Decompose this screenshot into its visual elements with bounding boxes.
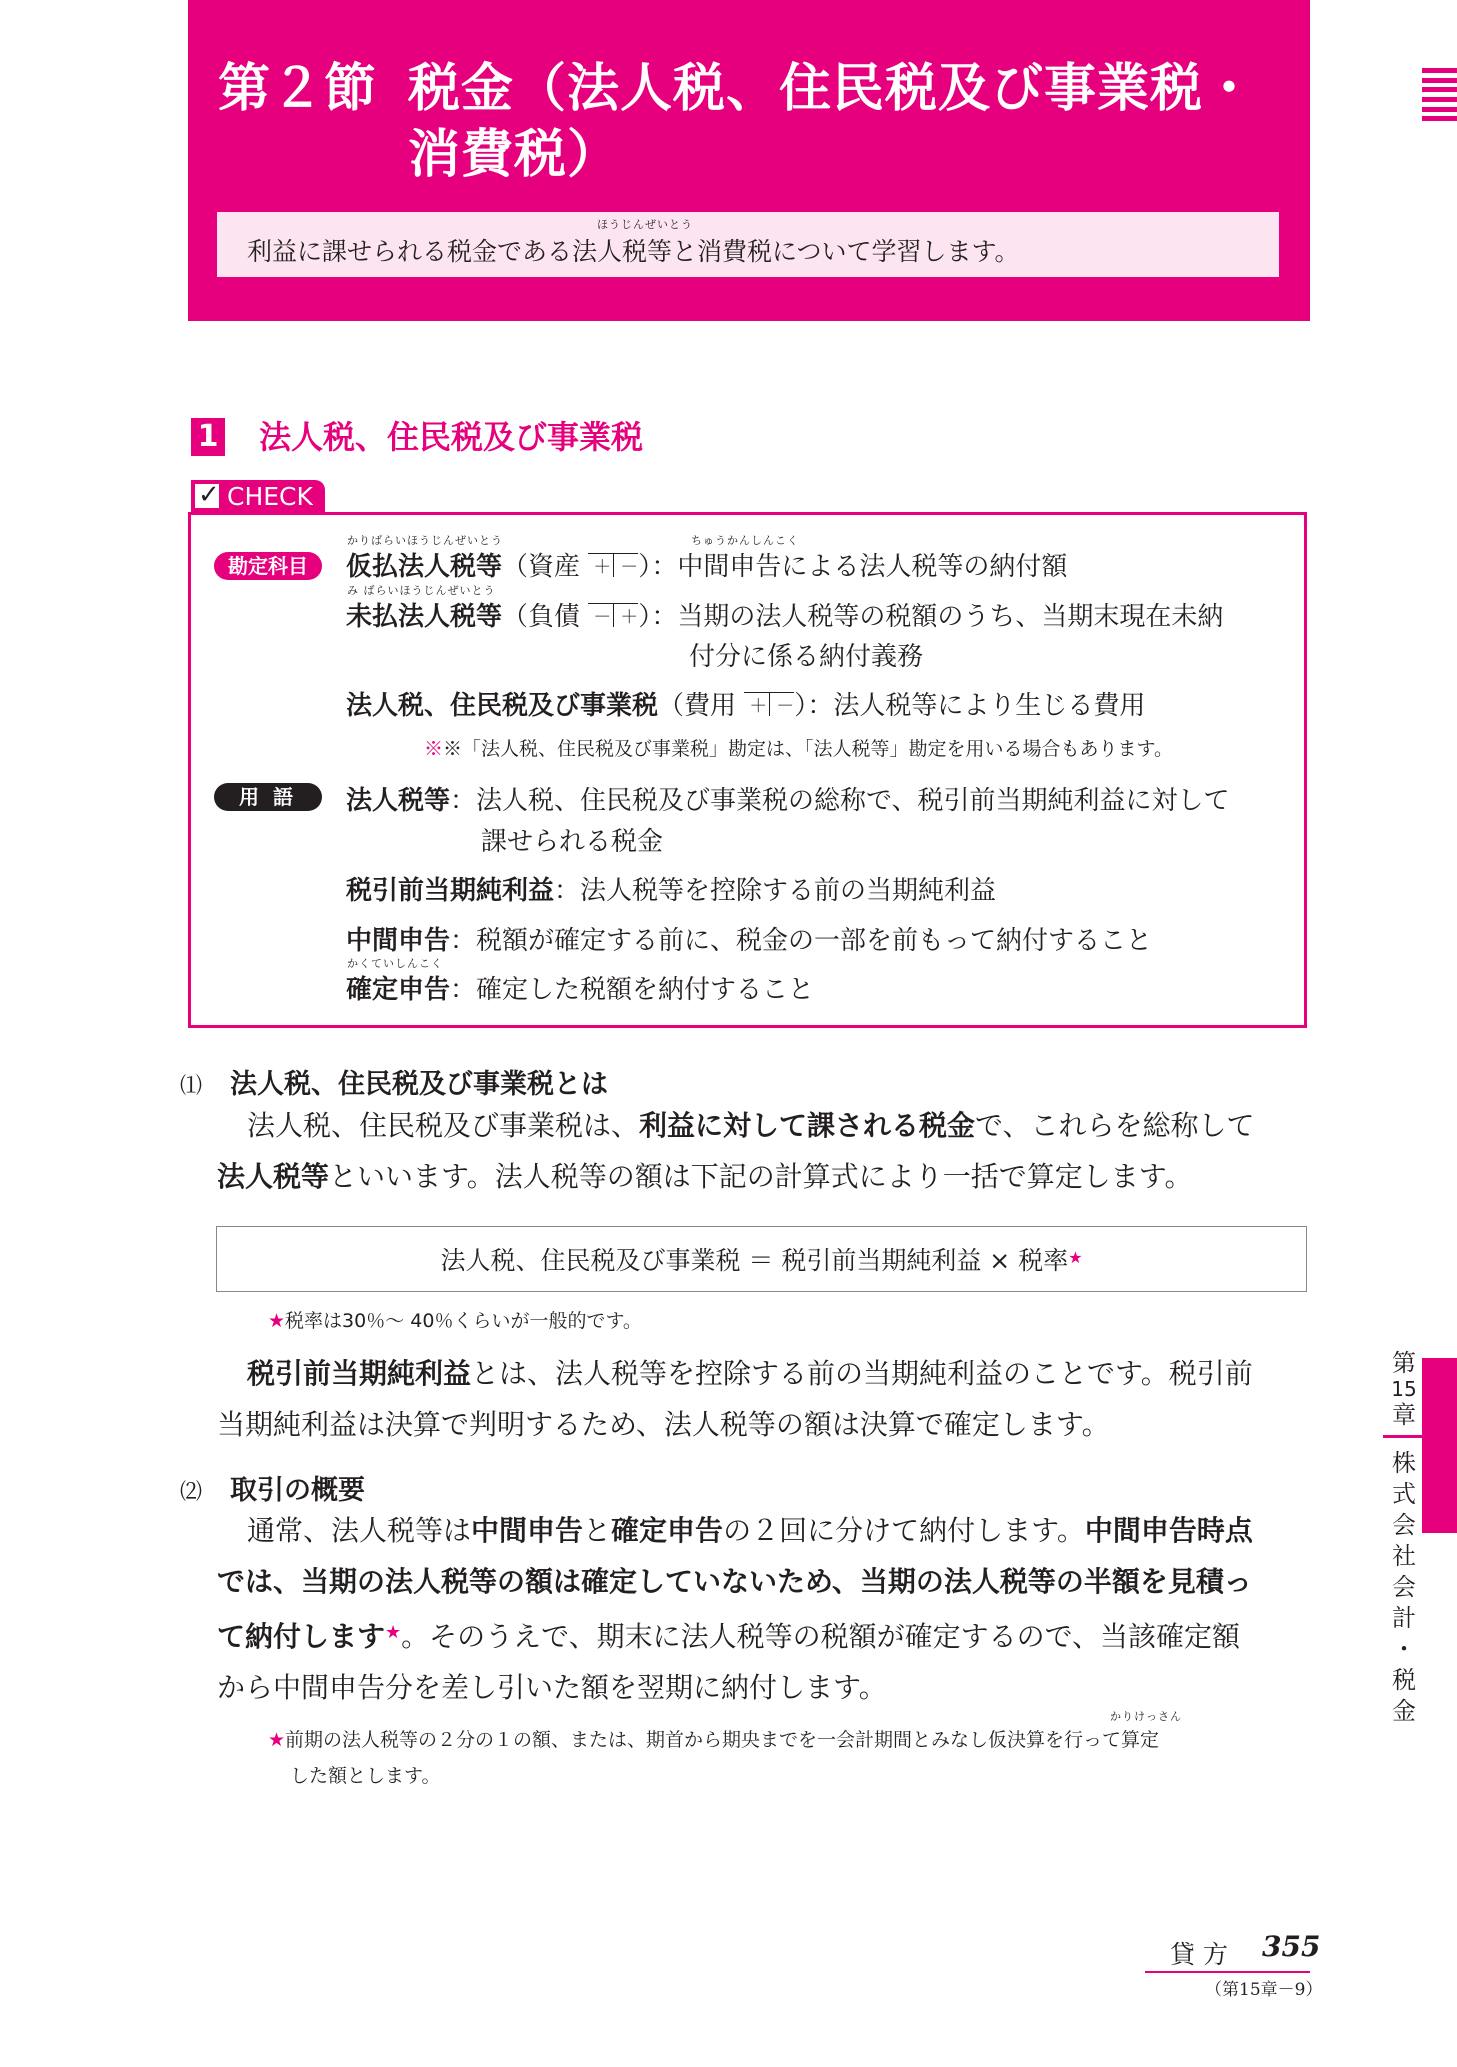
subsection-number: 1 [191, 418, 225, 456]
account-desc-cont: 付分に係る納付義務 [689, 636, 923, 673]
part2-heading: ⑵取引の概要 [180, 1468, 365, 1507]
part2-paragraph: 通常、法人税等は中間申告と確定申告の２回に分けて納付します。中間申告時点では、当… [217, 1505, 1307, 1713]
account-desc: ：中間申告による法人税等の納付額 [651, 552, 1067, 582]
account-row: 未払法人税等（負債 －＋）：当期の法人税等の税額のうち、当期末現在未納 [346, 596, 1223, 633]
term-row: 中間申告：税額が確定する前に、税金の一部を前もって納付すること [346, 920, 1152, 957]
account-term: 法人税、住民税及び事業税 [346, 691, 658, 721]
accounts-badge: 勘定科目 [214, 552, 322, 580]
section-number: 第２節 [218, 56, 408, 122]
part2-footnote: ★前期の法人税等の２分の１の額、または、期首から期央までを一会計期間とみなし仮決… [268, 1722, 1318, 1794]
account-row: 法人税、住民税及び事業税（費用 ＋－）：法人税等により生じる費用 [346, 685, 1145, 722]
t-account-icon: ＋－ [744, 692, 794, 716]
section-title-line1: 税金（法人税、住民税及び事業税・ [408, 59, 1256, 119]
account-row: 仮払法人税等（資産 ＋－）：中間申告による法人税等の納付額 [346, 546, 1067, 583]
chapter-label: 第15章 [1390, 1350, 1418, 1428]
term-row: 税引前当期純利益：法人税等を控除する前の当期純利益 [346, 870, 996, 907]
t-account-icon: ＋－ [588, 553, 638, 577]
subsection-title: 法人税、住民税及び事業税 [259, 412, 643, 458]
account-term: 仮払法人税等 [346, 552, 502, 582]
section-summary-box: ほうじんぜいとう 利益に課せられる税金である法人税等と消費税について学習します。 [217, 212, 1279, 277]
section-header-band: 第２節税金（法人税、住民税及び事業税・消費税） ほうじんぜいとう 利益に課せられ… [188, 0, 1310, 321]
ruby-houjinzeitou: ほうじんぜいとう [597, 216, 693, 232]
account-desc: ：法人税等により生じる費用 [807, 691, 1145, 721]
part1-paragraph2: 税引前当期純利益とは、法人税等を控除する前の当期純利益のことです。税引前当期純利… [217, 1348, 1307, 1450]
t-account-icon: －＋ [588, 603, 638, 627]
page-number: 355 [1262, 1930, 1320, 1963]
term-desc-cont: 課せられる税金 [481, 821, 663, 858]
side-divider [1383, 1435, 1423, 1438]
formula-footnote: ★税率は30％～ 40％くらいが一般的です。 [268, 1306, 642, 1333]
term-row: 法人税等：法人税、住民税及び事業税の総称で、税引前当期純利益に対して [346, 780, 1230, 817]
footer-label: 貸方 [1170, 1935, 1236, 1971]
account-term: 未払法人税等 [346, 602, 502, 632]
part1-heading: ⑴法人税、住民税及び事業税とは [180, 1062, 608, 1101]
check-tab: ✓ CHECK [191, 480, 325, 512]
account-note: ※※「法人税、住民税及び事業税」勘定は、「法人税等」勘定を用いる場合もあります。 [424, 734, 1173, 761]
account-desc: ：当期の法人税等の税額のうち、当期末現在未納 [651, 602, 1223, 632]
footer-rule [1145, 1971, 1310, 1973]
chapter-page: （第15章－9） [1205, 1975, 1322, 2000]
section-title: 第２節税金（法人税、住民税及び事業税・消費税） [218, 56, 1288, 188]
check-label: CHECK [227, 482, 313, 511]
formula-box: 法人税、住民税及び事業税 ＝ 税引前当期純利益 × 税率★ [216, 1226, 1307, 1292]
terms-badge: 用語 [214, 783, 322, 811]
part1-paragraph: 法人税、住民税及び事業税は、利益に対して課される税金で、これらを総称して法人税等… [217, 1100, 1307, 1202]
term-row: 確定申告：確定した税額を納付すること [346, 969, 814, 1006]
checkbox-icon: ✓ [195, 484, 219, 508]
section-title-line2: 消費税） [408, 125, 620, 185]
check-panel: 勘定科目 かりばらいほうじんぜいとう ちゅうかんしんこく 仮払法人税等（資産 ＋… [188, 512, 1307, 1028]
section-summary: 利益に課せられる税金である法人税等と消費税について学習します。 [247, 232, 1020, 268]
chapter-title: 株式会社会計・税金 [1390, 1448, 1418, 1727]
edge-index-marks [1422, 68, 1457, 126]
chapter-side-tab [1422, 1358, 1457, 1533]
